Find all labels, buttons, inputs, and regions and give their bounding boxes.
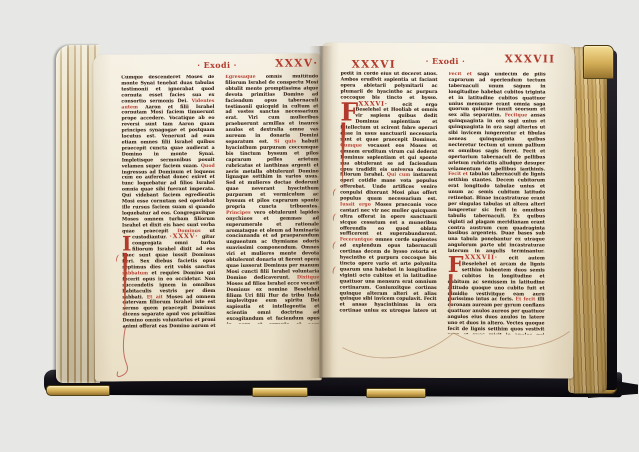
body-text: Et fecit xyxy=(515,298,537,303)
body-text: Feceruntque xyxy=(340,238,375,243)
text-column: Egressaque omnis multitudo filiorum Isra… xyxy=(225,74,319,323)
body-text: ansas quinquaginta in ora sagi unius et … xyxy=(448,114,545,172)
body-text: pedit in corde eius ut doceret alios. Am… xyxy=(340,72,437,101)
brass-corner-bottom-left xyxy=(46,385,110,396)
brass-clasp-right xyxy=(366,388,426,398)
body-text: Et ait xyxy=(147,295,167,300)
body-text: illi coronam auream per gyrum conflans q… xyxy=(447,298,544,335)
body-text: Iussit ergo xyxy=(340,202,375,207)
chapter-number-xxxvi: XXXVI xyxy=(352,59,397,71)
text-columns-left-page: Cumque descenderet Moses de monte Synai … xyxy=(121,74,319,328)
body-text: Principes xyxy=(226,211,254,216)
body-text: vero obtulerunt lapides onychinos et gem… xyxy=(226,210,319,280)
body-text: tabulas tabernaculi de lignis setthim st… xyxy=(448,173,545,255)
running-title-exodi: · Exodi · xyxy=(426,56,466,66)
body-text: Moses ad filios Israhel ecce vocavit Dom… xyxy=(226,281,319,324)
body-text: Quod xyxy=(201,164,215,169)
rubric-margin-mark-icon xyxy=(332,188,339,197)
brass-clasp-left xyxy=(252,387,308,397)
body-text: Qui cum xyxy=(387,173,413,178)
text-column: Fecit et saga undecim de pilis caprarum … xyxy=(447,72,545,334)
brass-corner-top-right xyxy=(583,45,614,79)
illuminated-initial: I xyxy=(122,236,130,253)
inline-chapter-numeral: ·XXXV· xyxy=(170,232,202,240)
left-page: · Exodi · XXXV· Cumque descenderet Moses… xyxy=(93,53,322,381)
rubric-margin-mark-icon xyxy=(332,213,339,222)
book-gutter-shadow xyxy=(309,46,333,378)
body-text: Moses ad omnem catervam filiorum Israhel… xyxy=(122,294,215,328)
body-text: Egressaque xyxy=(225,75,266,80)
body-text: Si quis xyxy=(274,139,301,144)
running-head-right: XXXVI · Exodi · XXXVII xyxy=(322,42,575,43)
illuminated-initial: F xyxy=(448,256,460,274)
text-column: pedit in corde eius ut doceret alios. Am… xyxy=(340,72,438,313)
text-columns-right-page: pedit in corde eius ut doceret alios. Am… xyxy=(339,72,545,335)
right-page: XXXVI · Exodi · XXXVII pedit in corde ei… xyxy=(320,42,574,378)
rubric-margin-mark-icon xyxy=(115,254,122,263)
running-head-left: · Exodi · XXXV· xyxy=(93,53,320,54)
body-text: ingressus ad Dominum et loquens cum eo a… xyxy=(122,169,215,216)
body-text: Sed et mulieres doctae dederunt quae nev… xyxy=(226,181,319,210)
chapter-number-xxxvii: XXXVII xyxy=(505,53,556,65)
body-text: gitur congregata omni turba filiorum Isr… xyxy=(122,235,215,270)
illuminated-initial: F xyxy=(340,102,353,122)
body-text: Fecitque xyxy=(505,114,531,119)
inline-chapter-numeral: ·XXXVII· xyxy=(462,253,509,261)
body-text: Fecit et xyxy=(449,72,478,77)
body-text: Moses praeconis voce cantari nec vir nec… xyxy=(340,203,437,238)
running-title-exodi: · Exodi · xyxy=(197,60,237,70)
text-column: Cumque descenderet Moses de monte Synai … xyxy=(121,75,215,328)
body-text: saga undecim de pilis caprarum ad operie… xyxy=(448,72,545,118)
body-text: omnis multitudo filiorum Israhel de cons… xyxy=(225,74,318,121)
body-text: habuit hyacinthum purpuram coccumque bis… xyxy=(226,139,319,180)
body-text: Fecit et xyxy=(448,172,469,177)
body-text: omnes corde sapientes ad explendum opus … xyxy=(340,238,437,290)
inline-chapter-numeral: ·XXXVI· xyxy=(355,99,402,107)
body-text: sabbatum xyxy=(122,271,151,276)
